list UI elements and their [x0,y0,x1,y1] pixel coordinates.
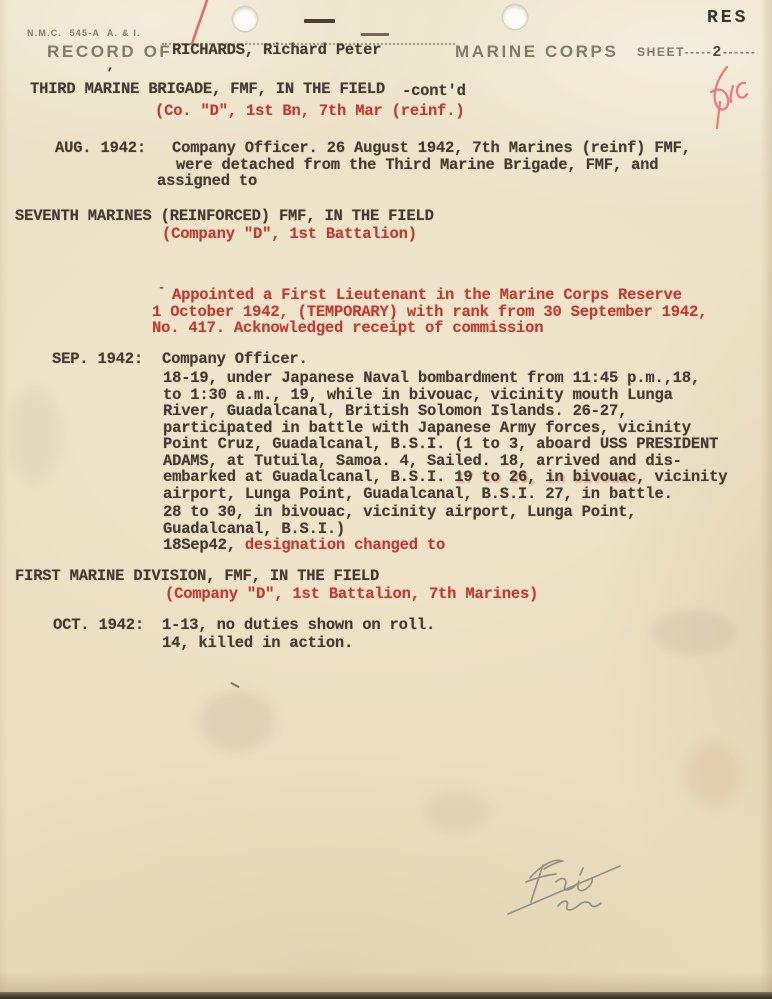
pink-stain [685,742,740,807]
sep-line-9: 28 to 30, in bivouac, vicinity airport, … [163,503,636,521]
sep-line-designation: 18Sep42, designation changed to [163,536,445,554]
form-number: N.M.C. 545-A A. & I. [27,28,141,38]
sheet-label: SHEET [637,45,684,59]
sep-line-5: Point Cruz, Guadalcanal, B.S.I. (1 to 3,… [163,435,718,453]
third-brigade-text: THIRD MARINE BRIGADE, FMF, IN THE FIELD [30,80,385,98]
aug-line-1: Company Officer. 26 August 1942, 7th Mar… [172,139,691,157]
seventh-marines-subunit: (Company "D", 1st Battalion) [162,225,417,243]
record-of-label: RECORD OF [47,42,172,62]
first-division-subunit: (Company "D", 1st Battalion, 7th Marines… [165,585,538,603]
commission-line-1: Appointed a First Lieutenant in the Mari… [172,286,682,304]
sheet-leader-left: ----- [684,45,712,59]
left-margin-bleed [8,388,60,483]
stray-apostrophe-mark: ’ [106,66,114,81]
paper-bottom-shadow [0,971,772,993]
pencil-smudge-stain [200,690,275,752]
paper-left-edge [0,0,8,999]
hole-punch-left [233,7,257,31]
scan-bottom-edge [0,992,772,999]
bleed-through-stain [650,610,735,655]
unit-heading-seventh-marines: SEVENTH MARINES (REINFORCED) FMF, IN THE… [15,207,434,225]
red-pen-initials-mark [697,58,749,130]
pencil-file-note: File [500,848,660,926]
faint-smudge [425,790,490,832]
sep-line-8: airport, Lunga Point, Guadalcanal, B.S.I… [163,485,673,503]
aug-line-3: assigned to [157,172,257,190]
designation-date: 18Sep42, [163,536,245,554]
commission-line-3: No. 417. Acknowledged receipt of commiss… [152,319,543,337]
third-brigade-contd: -cont'd [402,82,466,100]
unit-heading-third-brigade: THIRD MARINE BRIGADE, FMF, IN THE FIELD-… [30,80,466,98]
scanned-record-sheet: N.M.C. 545-A A. & I. RECORD OF RICHARDS,… [0,0,772,999]
sep-line-1: 18-19, under Japanese Naval bombardment … [163,369,700,387]
sep-line-0: Company Officer. [162,350,308,368]
typed-dash-mark-2 [361,33,389,36]
entry-date-sep-1942: SEP. 1942: [52,350,143,368]
service-branch-label: MARINE CORPS [455,42,618,62]
hole-punch-right [503,5,527,29]
third-brigade-subunit: (Co. "D", 1st Bn, 7th Mar (reinf.) [155,102,464,120]
unit-heading-first-division: FIRST MARINE DIVISION, FMF, IN THE FIELD [15,567,379,585]
pencil-tick-mark [230,682,240,688]
commission-leading-mark: - [158,281,165,295]
service-member-name: RICHARDS, Richard Peter [172,41,381,59]
entry-date-oct-1942: OCT. 1942: [53,616,144,634]
sep-line-3: River, Guadalcanal, British Solomon Isla… [163,402,627,420]
oct-line-2: 14, killed in action. [162,634,353,652]
designation-change-red: designation changed to [245,536,445,554]
sheet-leader-right: ------ [723,45,757,59]
paper-right-edge [760,0,772,999]
res-stamp: RES [707,8,748,28]
sep-line-7: embarked at Guadalcanal, B.S.I. 19 to 26… [163,468,727,486]
entry-date-aug-1942: AUG. 1942: [55,139,146,157]
oct-line-1: 1-13, no duties shown on roll. [162,616,435,634]
typed-dash-mark [304,19,335,23]
